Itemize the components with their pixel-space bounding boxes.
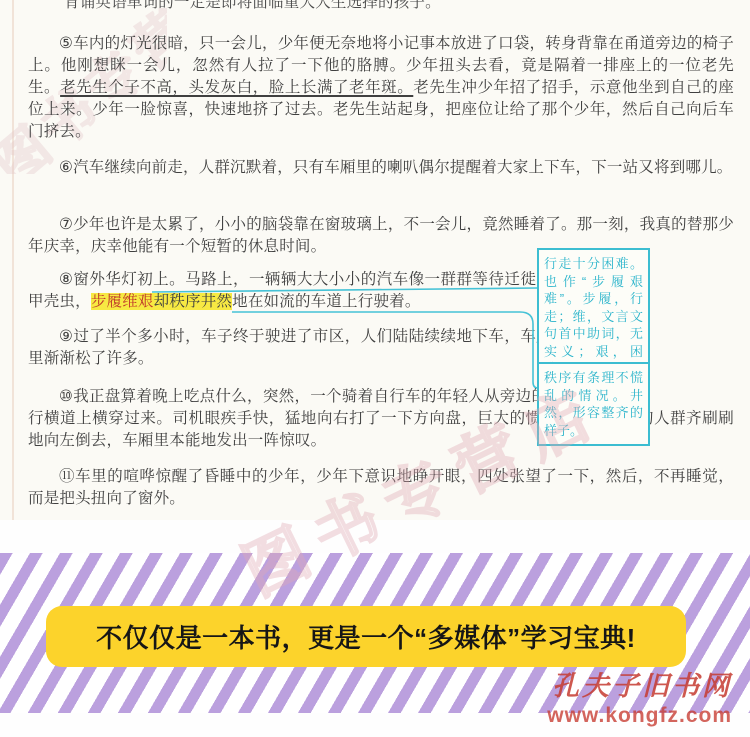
paragraph-8: ⑧窗外华灯初上。马路上，一辆辆大大小小的汽车像一群群等待迁徙的甲壳虫，步履维艰却… <box>28 269 552 313</box>
book-page-photo: 图书专营店 背诵英语单词的一定是即将面临重大人生选择的孩子。 ⑤车内的灯光很暗，… <box>0 0 750 737</box>
kongfz-watermark: 孔夫子旧书网 www.kongfz.com <box>547 664 732 728</box>
partial-top-line: 背诵英语单词的一定是即将面临重大人生选择的孩子。 <box>64 0 441 12</box>
highlighted-idiom-zhixujingran: 秩序井然 <box>169 293 232 310</box>
underlined-sentence: 老先生个子不高，头发灰白，脸上长满了老年斑。 <box>60 79 413 96</box>
paragraph-5: ⑤车内的灯光很暗，只一会儿，少年便无奈地将小记事本放进了口袋，转身背靠在甬道旁边… <box>28 33 734 143</box>
paragraph-6: ⑥汽车继续向前走，人群沉默着，只有车厢里的喇叭偶尔提醒着大家上下车，下一站又将到… <box>28 157 734 179</box>
kongfz-site-url: www.kongfz.com <box>547 704 732 728</box>
paragraph-9: ⑨过了半个多小时，车子终于驶进了市区，人们陆陆续续地下车，车厢里渐渐松了许多。 <box>28 326 552 370</box>
kongfz-site-name: 孔夫子旧书网 <box>547 664 732 703</box>
highlighted-idiom-buluweijian: 步履维艰 <box>91 293 154 310</box>
highlight-connector-char: 却 <box>154 293 170 310</box>
promo-slogan-box: 不仅仅是一本书，更是一个“多媒体”学习宝典! <box>46 606 686 667</box>
paragraph-8-post: 地在如流的车道上行驶着。 <box>232 293 420 310</box>
promo-slogan-text: 不仅仅是一本书，更是一个“多媒体”学习宝典! <box>96 618 636 655</box>
